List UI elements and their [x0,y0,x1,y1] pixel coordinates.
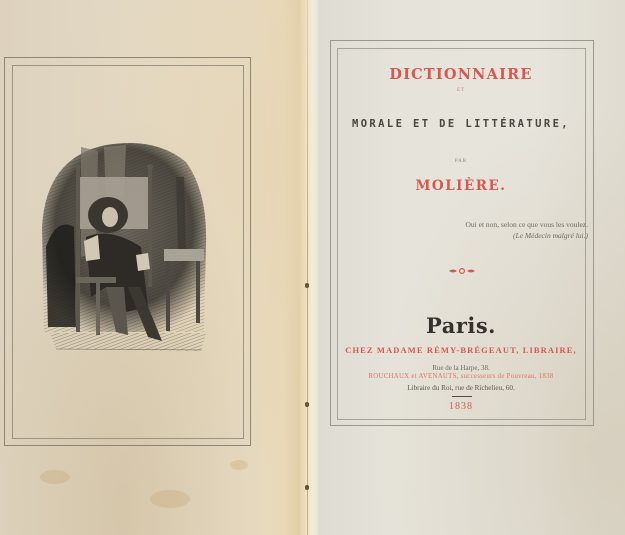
epigraph-quote: Oui et non, selon ce que vous les voulez… [430,220,588,229]
author-name: MOLIÈRE. [330,178,592,194]
imprint-bookseller: Libraire du Roi, rue de Richelieu, 60. [330,384,592,392]
book-spread: DICTIONNAIRE ET MORALE ET DE LITTÉRATURE… [0,0,625,535]
foxing-stain [40,470,70,484]
connector-et: ET [330,88,592,93]
foxing-stain [150,490,190,508]
connector-par: PAR [330,159,592,164]
imprint-publisher: CHEZ MADAME RÉMY-BRÉGEAUT, LIBRAIRE, [330,345,592,355]
imprint-agents: ROUCHAUX et AVENAUTS, successeurs de Pou… [330,373,592,380]
binding-thread [305,402,309,407]
imprint-year: 1838 [330,401,592,412]
book-subtitle: MORALE ET DE LITTÉRATURE, [330,118,592,130]
binding-thread [305,485,309,490]
left-page [0,0,308,535]
binding-thread [305,283,309,288]
foxing-stain [230,460,248,470]
imprint-address: Rue de la Harpe, 38. [330,364,592,372]
year-rule [452,396,472,397]
book-title: DICTIONNAIRE [330,66,592,83]
imprint-city: Paris. [330,313,592,338]
epigraph-source: (Le Médecin malgré lui.) [430,231,602,240]
ornament-icon [449,267,475,275]
engraving-illustration [36,137,210,359]
page-edge [307,0,308,535]
